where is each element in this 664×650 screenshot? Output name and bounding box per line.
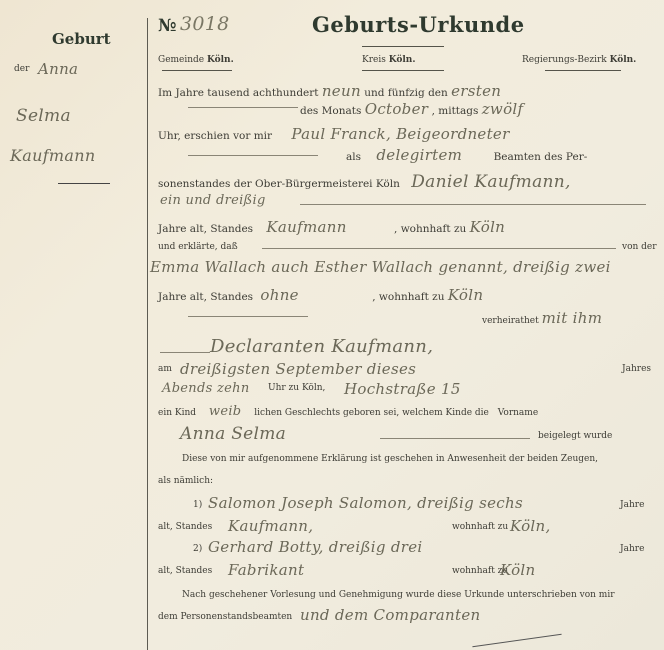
- closing-handwritten: und dem Comparanten: [300, 606, 480, 624]
- birth-time: Abends zehn: [162, 381, 250, 396]
- child-names: Anna Selma: [180, 424, 286, 444]
- margin-divider: [147, 18, 148, 650]
- margin-name-surname: Kaufmann: [10, 146, 95, 165]
- certificate-number: 3018: [180, 13, 230, 35]
- kreis-rule: [362, 70, 444, 71]
- mother-residence: Köln: [448, 286, 484, 304]
- witness-1-residence: Köln,: [510, 517, 551, 535]
- witness-2-standes: alt, Standes: [158, 566, 212, 576]
- gemeinde-rule: [162, 70, 232, 71]
- fill-line: [160, 352, 210, 353]
- witness-1-occupation: Kaufmann,: [228, 517, 313, 535]
- witness-2-name: Gerhard Botty, dreißig drei: [208, 538, 422, 556]
- line-married: verheirathet mit ihm: [482, 309, 602, 327]
- witness-2-num: 2): [193, 544, 202, 554]
- fill-line: [300, 204, 646, 205]
- declarant-occupation: Kaufmann: [266, 218, 346, 236]
- closing-official: dem Personenstandsbeamten: [158, 612, 292, 622]
- fill-line: [188, 155, 318, 156]
- declarant-age: ein und dreißig: [160, 193, 266, 208]
- page-title: Geburts-Urkunde: [312, 12, 525, 37]
- line-declarant: sonenstandes der Ober-Bürgermeisterei Kö…: [158, 172, 571, 192]
- fill-line: [262, 248, 616, 249]
- hour-value: zwölf: [482, 100, 524, 118]
- line-year: Im Jahre tausend achthundert neun und fü…: [158, 82, 501, 100]
- year-value: neun: [322, 82, 361, 100]
- signature-flourish: [472, 634, 561, 648]
- witness-1-name: Salomon Joseph Salomon, dreißig sechs: [208, 494, 523, 512]
- fill-line: [380, 438, 530, 439]
- witness-2-occupation: Fabrikant: [228, 561, 304, 579]
- line-declared: und erklärte, daß: [158, 242, 238, 252]
- birth-address: Hochstraße 15: [344, 380, 461, 398]
- birth-date: dreißigsten September dieses: [180, 360, 416, 378]
- margin-prefix: der: [14, 64, 29, 74]
- mother-name: Emma Wallach auch Esther Wallach genannt…: [150, 258, 611, 276]
- gemeinde-label: Gemeinde Köln.: [158, 55, 234, 65]
- uhr-label: Uhr zu Köln,: [268, 383, 325, 393]
- beigelegt-label: beigelegt wurde: [538, 431, 612, 441]
- witness-1-years: Jahre: [620, 500, 644, 510]
- line-official: Uhr, erschien vor mir Paul Franck, Beige…: [158, 125, 510, 143]
- witness-2-years: Jahre: [620, 544, 644, 554]
- declaration-text: Diese von mir aufgenommene Erklärung ist…: [182, 454, 598, 464]
- child-sex: weib: [209, 404, 242, 419]
- closing-text: Nach geschehener Vorlesung und Genehmigu…: [182, 590, 615, 600]
- fill-line: [188, 107, 298, 108]
- margin-name-middle: Selma: [16, 106, 71, 126]
- margin-underline: [58, 183, 110, 184]
- margin-heading: Geburt: [52, 30, 111, 48]
- line-role: als delegirtem Beamten des Per-: [346, 146, 587, 164]
- married-value: mit ihm: [542, 309, 603, 327]
- line-child: ein Kind weib lichen Geschlechts geboren…: [158, 404, 538, 419]
- fill-line: [188, 316, 308, 317]
- witness-1-standes: alt, Standes: [158, 522, 212, 532]
- declarant-residence: Köln: [470, 218, 506, 236]
- mother-occupation: ohne: [260, 286, 298, 304]
- line-mother-status: Jahre alt, Standes ohne , wohnhaft zu Kö…: [158, 286, 483, 304]
- von-der: von der: [622, 242, 657, 252]
- role-value: delegirtem: [376, 146, 462, 164]
- kreis-label: Kreis Köln.: [362, 55, 415, 65]
- as-namely: als nämlich:: [158, 476, 213, 486]
- jahres-label: Jahres: [622, 364, 651, 374]
- line-month: des Monats October , mittags zwölf: [300, 100, 523, 118]
- number-label: №: [158, 16, 176, 36]
- witness-2-residence: Köln: [500, 561, 536, 579]
- margin-name-first: Anna: [38, 60, 78, 78]
- witness-1-num: 1): [193, 500, 202, 510]
- line-declarant-status: Jahre alt, Standes Kaufmann , wohnhaft z…: [158, 218, 505, 236]
- bezirk-label: Regierungs-Bezirk Köln.: [522, 55, 636, 65]
- month-value: October: [365, 100, 429, 118]
- title-rule: [362, 46, 444, 47]
- married-to: Declaranten Kaufmann,: [210, 336, 433, 357]
- official-name: Paul Franck, Beigeordneter: [291, 125, 509, 143]
- bezirk-rule: [545, 70, 621, 71]
- day-value: ersten: [451, 82, 501, 100]
- declarant-name: Daniel Kaufmann,: [411, 172, 571, 192]
- witness-1-residence-label: wohnhaft zu: [452, 522, 508, 532]
- am-label: am: [158, 364, 172, 374]
